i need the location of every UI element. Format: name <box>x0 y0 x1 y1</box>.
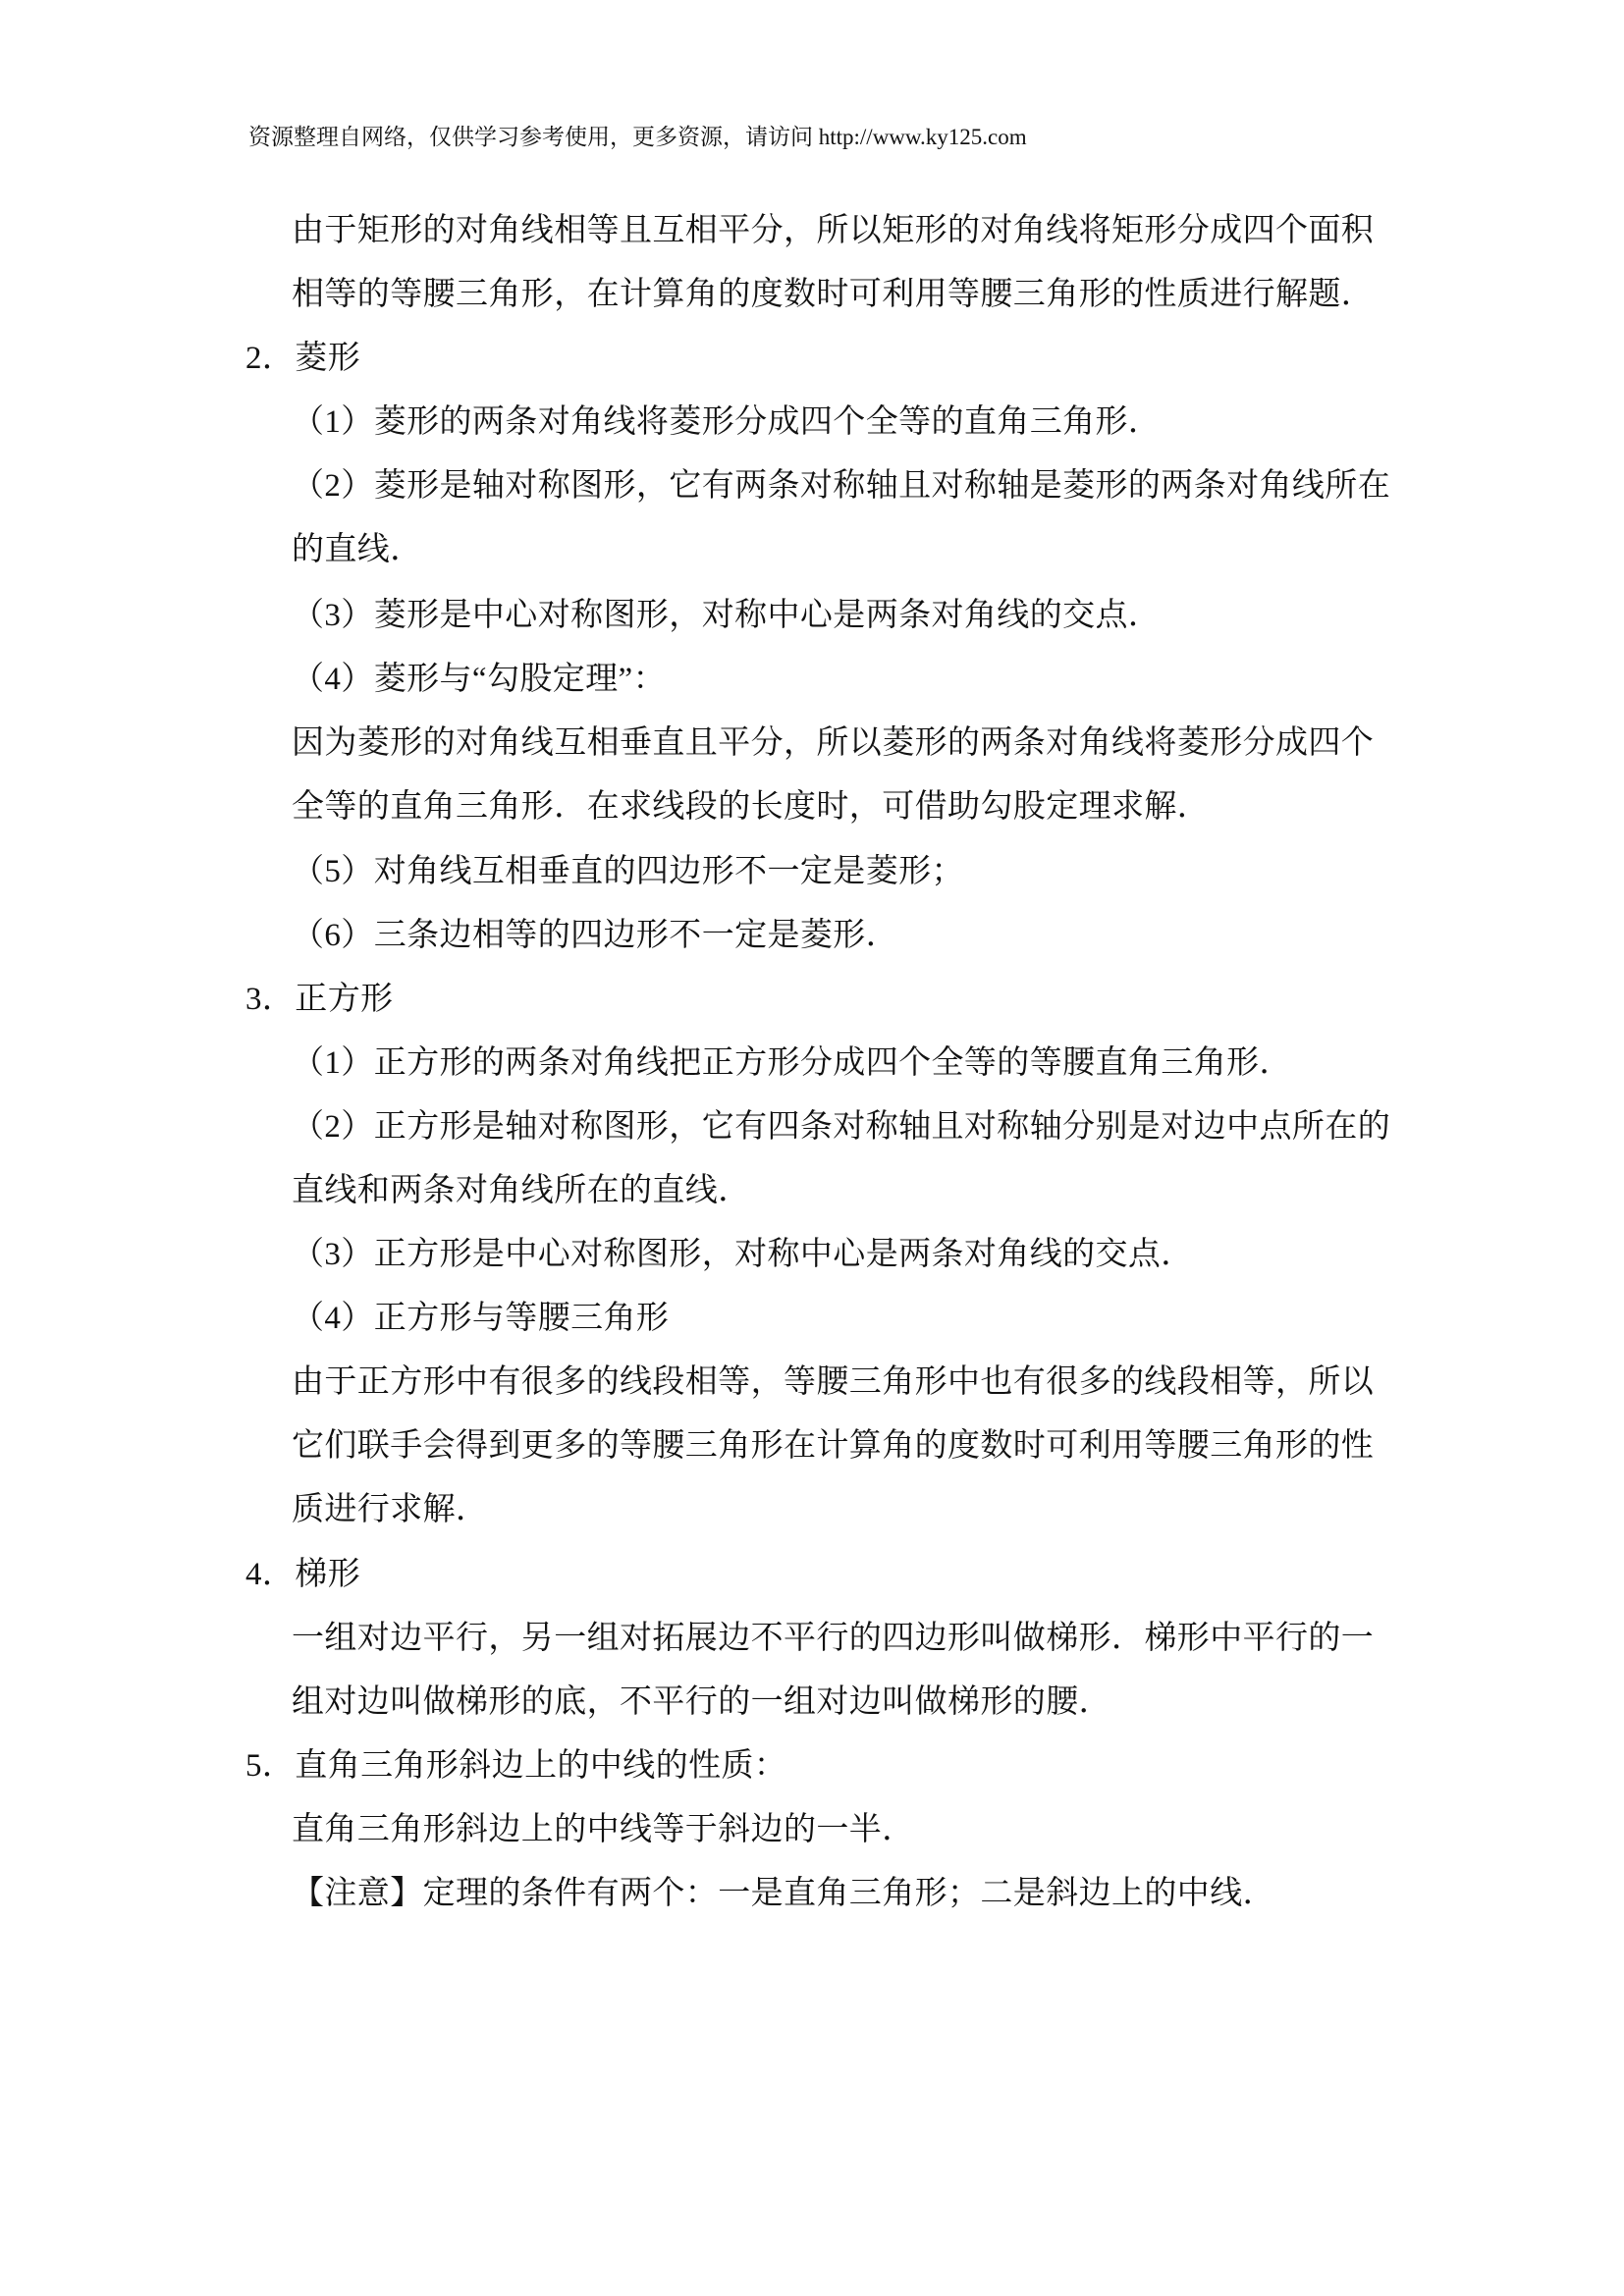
rhombus-item-3: （3）菱形是中心对称图形，对称中心是两条对角线的交点． <box>292 594 1161 637</box>
section-heading-hypotenuse-median: 5．直角三角形斜边上的中线的性质： <box>245 1744 786 1788</box>
section-heading-square: 3．正方形 <box>245 978 394 1021</box>
square-item-4: （4）正方形与等腰三角形 <box>292 1297 669 1340</box>
square-item-3: （3）正方形是中心对称图形，对称中心是两条对角线的交点． <box>292 1233 1194 1276</box>
square-item-4-text-3: 质进行求解． <box>292 1488 488 1531</box>
rhombus-item-6: （6）三条边相等的四边形不一定是菱形． <box>292 914 898 957</box>
section-heading-trapezoid: 4．梯形 <box>245 1553 360 1596</box>
square-item-4-text-1: 由于正方形中有很多的线段相等，等腰三角形中也有很多的线段相等，所以 <box>292 1361 1374 1404</box>
rhombus-item-4-text-2: 全等的直角三角形．在求线段的长度时，可借助勾股定理求解． <box>292 785 1210 828</box>
section-heading-rhombus: 2．菱形 <box>245 337 360 380</box>
square-item-4-text-2: 它们联手会得到更多的等腰三角形在计算角的度数时可利用等腰三角形的性 <box>292 1424 1374 1468</box>
square-item-2: （2）正方形是轴对称图形，它有四条对称轴且对称轴分别是对边中点所在的 <box>292 1105 1390 1148</box>
note-text: 【注意】定理的条件有两个：一是直角三角形；二是斜边上的中线． <box>292 1872 1275 1915</box>
square-item-2-cont: 直线和两条对角线所在的直线． <box>292 1169 751 1212</box>
hypotenuse-median-text: 直角三角形斜边上的中线等于斜边的一半． <box>292 1808 915 1851</box>
rhombus-item-5: （5）对角线互相垂直的四边形不一定是菱形； <box>292 850 964 893</box>
rhombus-item-1: （1）菱形的两条对角线将菱形分成四个全等的直角三角形． <box>292 400 1161 444</box>
square-item-1: （1）正方形的两条对角线把正方形分成四个全等的等腰直角三角形． <box>292 1041 1292 1085</box>
rhombus-item-2-cont: 的直线． <box>292 528 423 571</box>
rhombus-item-4-text-1: 因为菱形的对角线互相垂直且平分，所以菱形的两条对角线将菱形分成四个 <box>292 721 1374 765</box>
trapezoid-text-1: 一组对边平行，另一组对拓展边不平行的四边形叫做梯形．梯形中平行的一 <box>292 1617 1374 1660</box>
page-header-watermark: 资源整理自网络，仅供学习参考使用，更多资源，请访问 http://www.ky1… <box>248 122 1027 153</box>
rhombus-item-4: （4）菱形与“勾股定理”： <box>292 658 666 701</box>
rectangle-text-line-1: 由于矩形的对角线相等且互相平分，所以矩形的对角线将矩形分成四个面积 <box>292 209 1374 252</box>
document-page: 资源整理自网络，仅供学习参考使用，更多资源，请访问 http://www.ky1… <box>0 0 1624 2296</box>
trapezoid-text-2: 组对边叫做梯形的底，不平行的一组对边叫做梯形的腰． <box>292 1681 1111 1724</box>
rectangle-text-line-2: 相等的等腰三角形，在计算角的度数时可利用等腰三角形的性质进行解题． <box>292 273 1374 316</box>
rhombus-item-2: （2）菱形是轴对称图形，它有两条对称轴且对称轴是菱形的两条对角线所在 <box>292 464 1390 507</box>
